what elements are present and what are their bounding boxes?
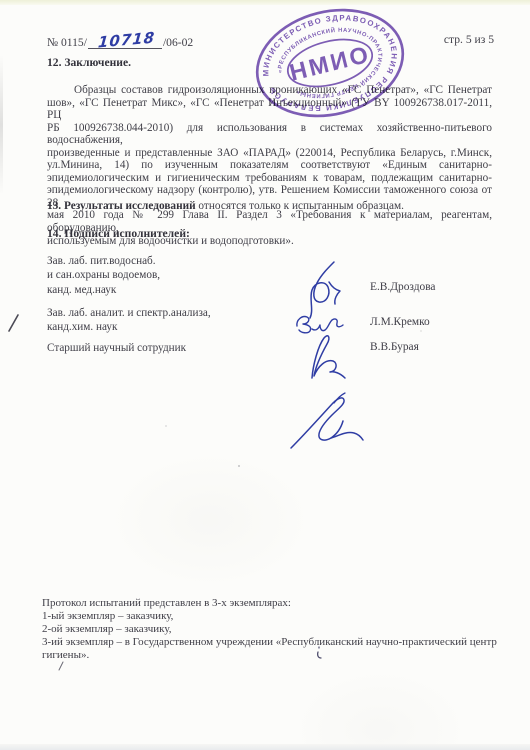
footer-copies-note: Протокол испытаний представлен в 3-х экз… [42,597,502,662]
signatures-block: Зав. лаб. пит.водоснаб. и сан.охраны вод… [47,254,494,404]
doc-number-prefix: № 0115/ [47,36,87,49]
signer-title-line: Зав. лаб. аналит. и спектр.анализа, [47,306,211,320]
doc-number-handwritten: 10718 [97,28,156,51]
signer-title-line: и сан.охраны водоемов, [47,268,160,282]
scan-edge-left [0,55,3,195]
scan-edge-top [0,0,530,5]
section-14-heading: 14. Подписи исполнителей: [47,227,190,240]
signer-title-line: Зав. лаб. пит.водоснаб. [47,254,160,268]
signer-title-line: Старший научный сотрудник [47,341,186,355]
signer-title-2: Зав. лаб. аналит. и спектр.анализа, канд… [47,306,211,335]
signature-buraya [305,334,347,382]
scan-speck [238,465,240,467]
text-line: эпидемиологическим и гигиеническим требо… [47,172,492,185]
scan-speck [165,425,167,427]
section-13: 13. Результаты исследований относятся то… [47,200,492,212]
scan-speck [420,330,422,332]
text-line: гигиены». [42,649,502,662]
scan-edge-bottom [0,744,530,750]
scanned-document-page: № 0115/ 10718 /06-02 стр. 5 из 5 МИНИСТЕ… [0,0,530,750]
text-line: 3-ий экземпляр – в Государственном учреж… [42,636,502,649]
text-line: произведенные и представленные ЗАО «ПАРА… [47,147,492,160]
margin-pen-slash [5,313,23,333]
doc-number-blank-line: 10718 [88,33,162,49]
signer-title-line: канд.хим. наук [47,320,211,334]
page-indicator: стр. 5 из 5 [444,33,494,49]
signer-title-3: Старший научный сотрудник [47,341,186,355]
text-line: ул.Минина, 14) по изученным показателям … [47,159,492,172]
signer-name-1: Е.В.Дроздова [370,281,435,293]
signer-name-2: Л.М.Кремко [370,316,430,328]
section-12-heading: 12. Заключение. [47,56,131,69]
text-line: Протокол испытаний представлен в 3-х экз… [42,597,502,610]
text-line: 1-ый экземпляр – заказчику, [42,610,502,623]
signer-name-3: В.В.Бурая [370,341,419,353]
signature-drozdova [300,260,348,320]
text-line: 2-ой экземпляр – заказчику, [42,623,502,636]
section-13-rest: относятся только к испытанным образцам. [196,200,404,212]
section-13-lead: 13. Результаты исследований [47,200,196,212]
signature-flourish [288,390,366,454]
signer-title-line: канд. мед.наук [47,283,160,297]
signer-title-1: Зав. лаб. пит.водоснаб. и сан.охраны вод… [47,254,160,297]
document-number: № 0115/ 10718 /06-02 [47,33,193,49]
doc-number-suffix: /06-02 [163,36,193,49]
